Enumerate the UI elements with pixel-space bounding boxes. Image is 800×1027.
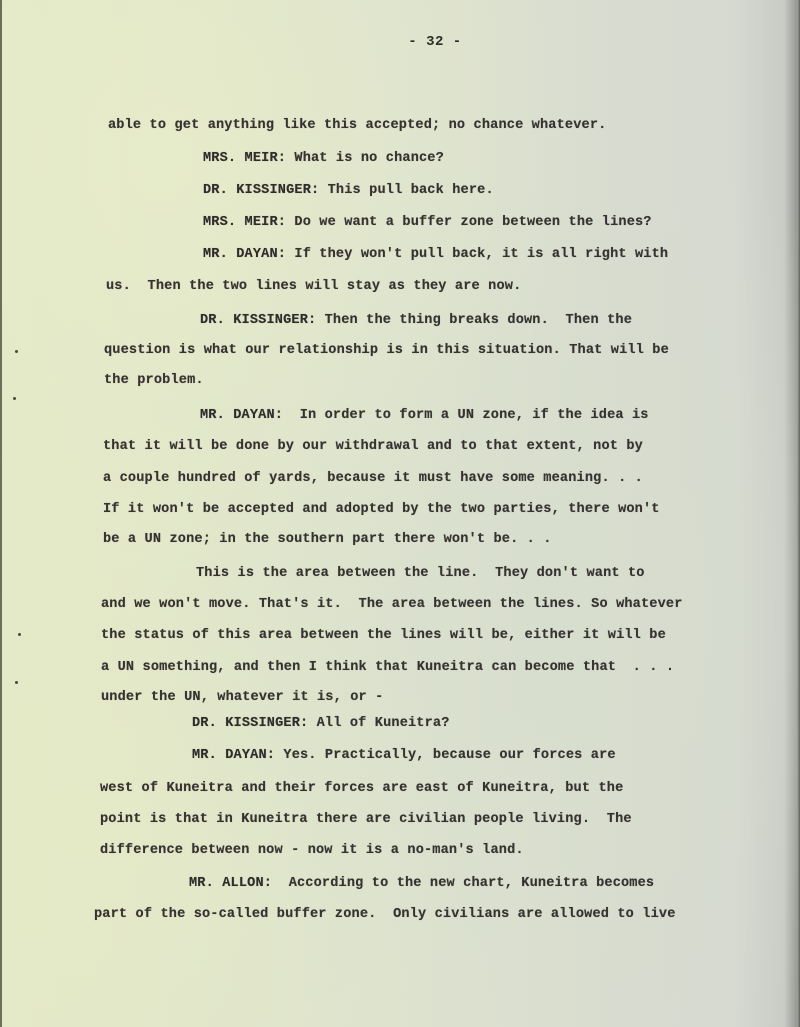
text-line: difference between now - now it is a no-… (100, 843, 524, 858)
text-line: the status of this area between the line… (101, 628, 666, 643)
line-text: us. Then the two lines will stay as they… (106, 279, 521, 294)
line-text: a UN something, and then I think that Ku… (101, 660, 674, 675)
speaker-line: MRS. MEIR: Do we want a buffer zone betw… (203, 215, 652, 230)
text-line: and we won't move. That's it. The area b… (101, 597, 683, 612)
speaker-line: DR. KISSINGER: Then the thing breaks dow… (200, 313, 632, 328)
margin-mark (13, 397, 16, 400)
speaker-line: MR. DAYAN: If they won't pull back, it i… (203, 247, 668, 262)
text-line: a couple hundred of yards, because it mu… (103, 471, 643, 486)
text-line: question is what our relationship is in … (104, 343, 669, 358)
text-line: point is that in Kuneitra there are civi… (100, 812, 632, 827)
text-line: that it will be done by our withdrawal a… (103, 439, 643, 454)
text-line: us. Then the two lines will stay as they… (106, 279, 521, 294)
speaker-label: DR. KISSINGER: (203, 183, 319, 198)
line-text: and we won't move. That's it. The area b… (101, 597, 683, 612)
text-line: a UN something, and then I think that Ku… (101, 660, 674, 675)
margin-mark (15, 681, 18, 684)
line-text: All of Kuneitra? (308, 716, 449, 731)
speaker-line: MRS. MEIR: What is no chance? (203, 151, 444, 166)
line-text: This pull back here. (319, 183, 493, 198)
margin-mark (15, 350, 18, 353)
line-text: If they won't pull back, it is all right… (286, 247, 668, 262)
line-text: the status of this area between the line… (101, 628, 666, 643)
page-number: - 32 - (0, 34, 800, 50)
speaker-label: DR. KISSINGER: (200, 313, 316, 328)
line-text: part of the so-called buffer zone. Only … (94, 907, 676, 922)
line-text: west of Kuneitra and their forces are ea… (100, 781, 623, 796)
line-text: According to the new chart, Kuneitra bec… (272, 876, 654, 891)
line-text: a couple hundred of yards, because it mu… (103, 471, 643, 486)
text-line: If it won't be accepted and adopted by t… (103, 502, 660, 517)
line-text: Do we want a buffer zone between the lin… (286, 215, 652, 230)
line-text: that it will be done by our withdrawal a… (103, 439, 643, 454)
speaker-label: DR. KISSINGER: (192, 716, 308, 731)
line-text: What is no chance? (286, 151, 444, 166)
speaker-line: MR. DAYAN: In order to form a UN zone, i… (200, 408, 649, 423)
page-left-edge (0, 0, 2, 1027)
text-line: west of Kuneitra and their forces are ea… (100, 781, 623, 796)
line-text: Then the thing breaks down. Then the (316, 313, 632, 328)
line-text: If it won't be accepted and adopted by t… (103, 502, 660, 517)
text-line: This is the area between the line. They … (196, 566, 645, 581)
speaker-line: DR. KISSINGER: This pull back here. (203, 183, 494, 198)
speaker-line: MR. ALLON: According to the new chart, K… (189, 876, 654, 891)
line-text: difference between now - now it is a no-… (100, 843, 524, 858)
speaker-label: MRS. MEIR: (203, 215, 286, 230)
line-text: question is what our relationship is in … (104, 343, 669, 358)
speaker-label: MR. DAYAN: (200, 408, 283, 423)
speaker-label: MR. DAYAN: (192, 748, 275, 763)
text-line: under the UN, whatever it is, or - (101, 690, 383, 705)
text-line: the problem. (104, 373, 204, 388)
line-text: Yes. Practically, because our forces are (275, 748, 616, 763)
speaker-label: MRS. MEIR: (203, 151, 286, 166)
line-text: the problem. (104, 373, 204, 388)
speaker-label: MR. DAYAN: (203, 247, 286, 262)
text-line: part of the so-called buffer zone. Only … (94, 907, 676, 922)
line-text: This is the area between the line. They … (196, 566, 645, 581)
speaker-line: MR. DAYAN: Yes. Practically, because our… (192, 748, 616, 763)
margin-mark (18, 633, 21, 636)
text-line: able to get anything like this accepted;… (108, 118, 606, 133)
line-text: In order to form a UN zone, if the idea … (283, 408, 649, 423)
line-text: be a UN zone; in the southern part there… (103, 532, 552, 547)
text-line: be a UN zone; in the southern part there… (103, 532, 552, 547)
speaker-label: MR. ALLON: (189, 876, 272, 891)
line-text: able to get anything like this accepted;… (108, 118, 606, 133)
line-text: under the UN, whatever it is, or - (101, 690, 383, 705)
speaker-line: DR. KISSINGER: All of Kuneitra? (192, 716, 450, 731)
line-text: point is that in Kuneitra there are civi… (100, 812, 632, 827)
